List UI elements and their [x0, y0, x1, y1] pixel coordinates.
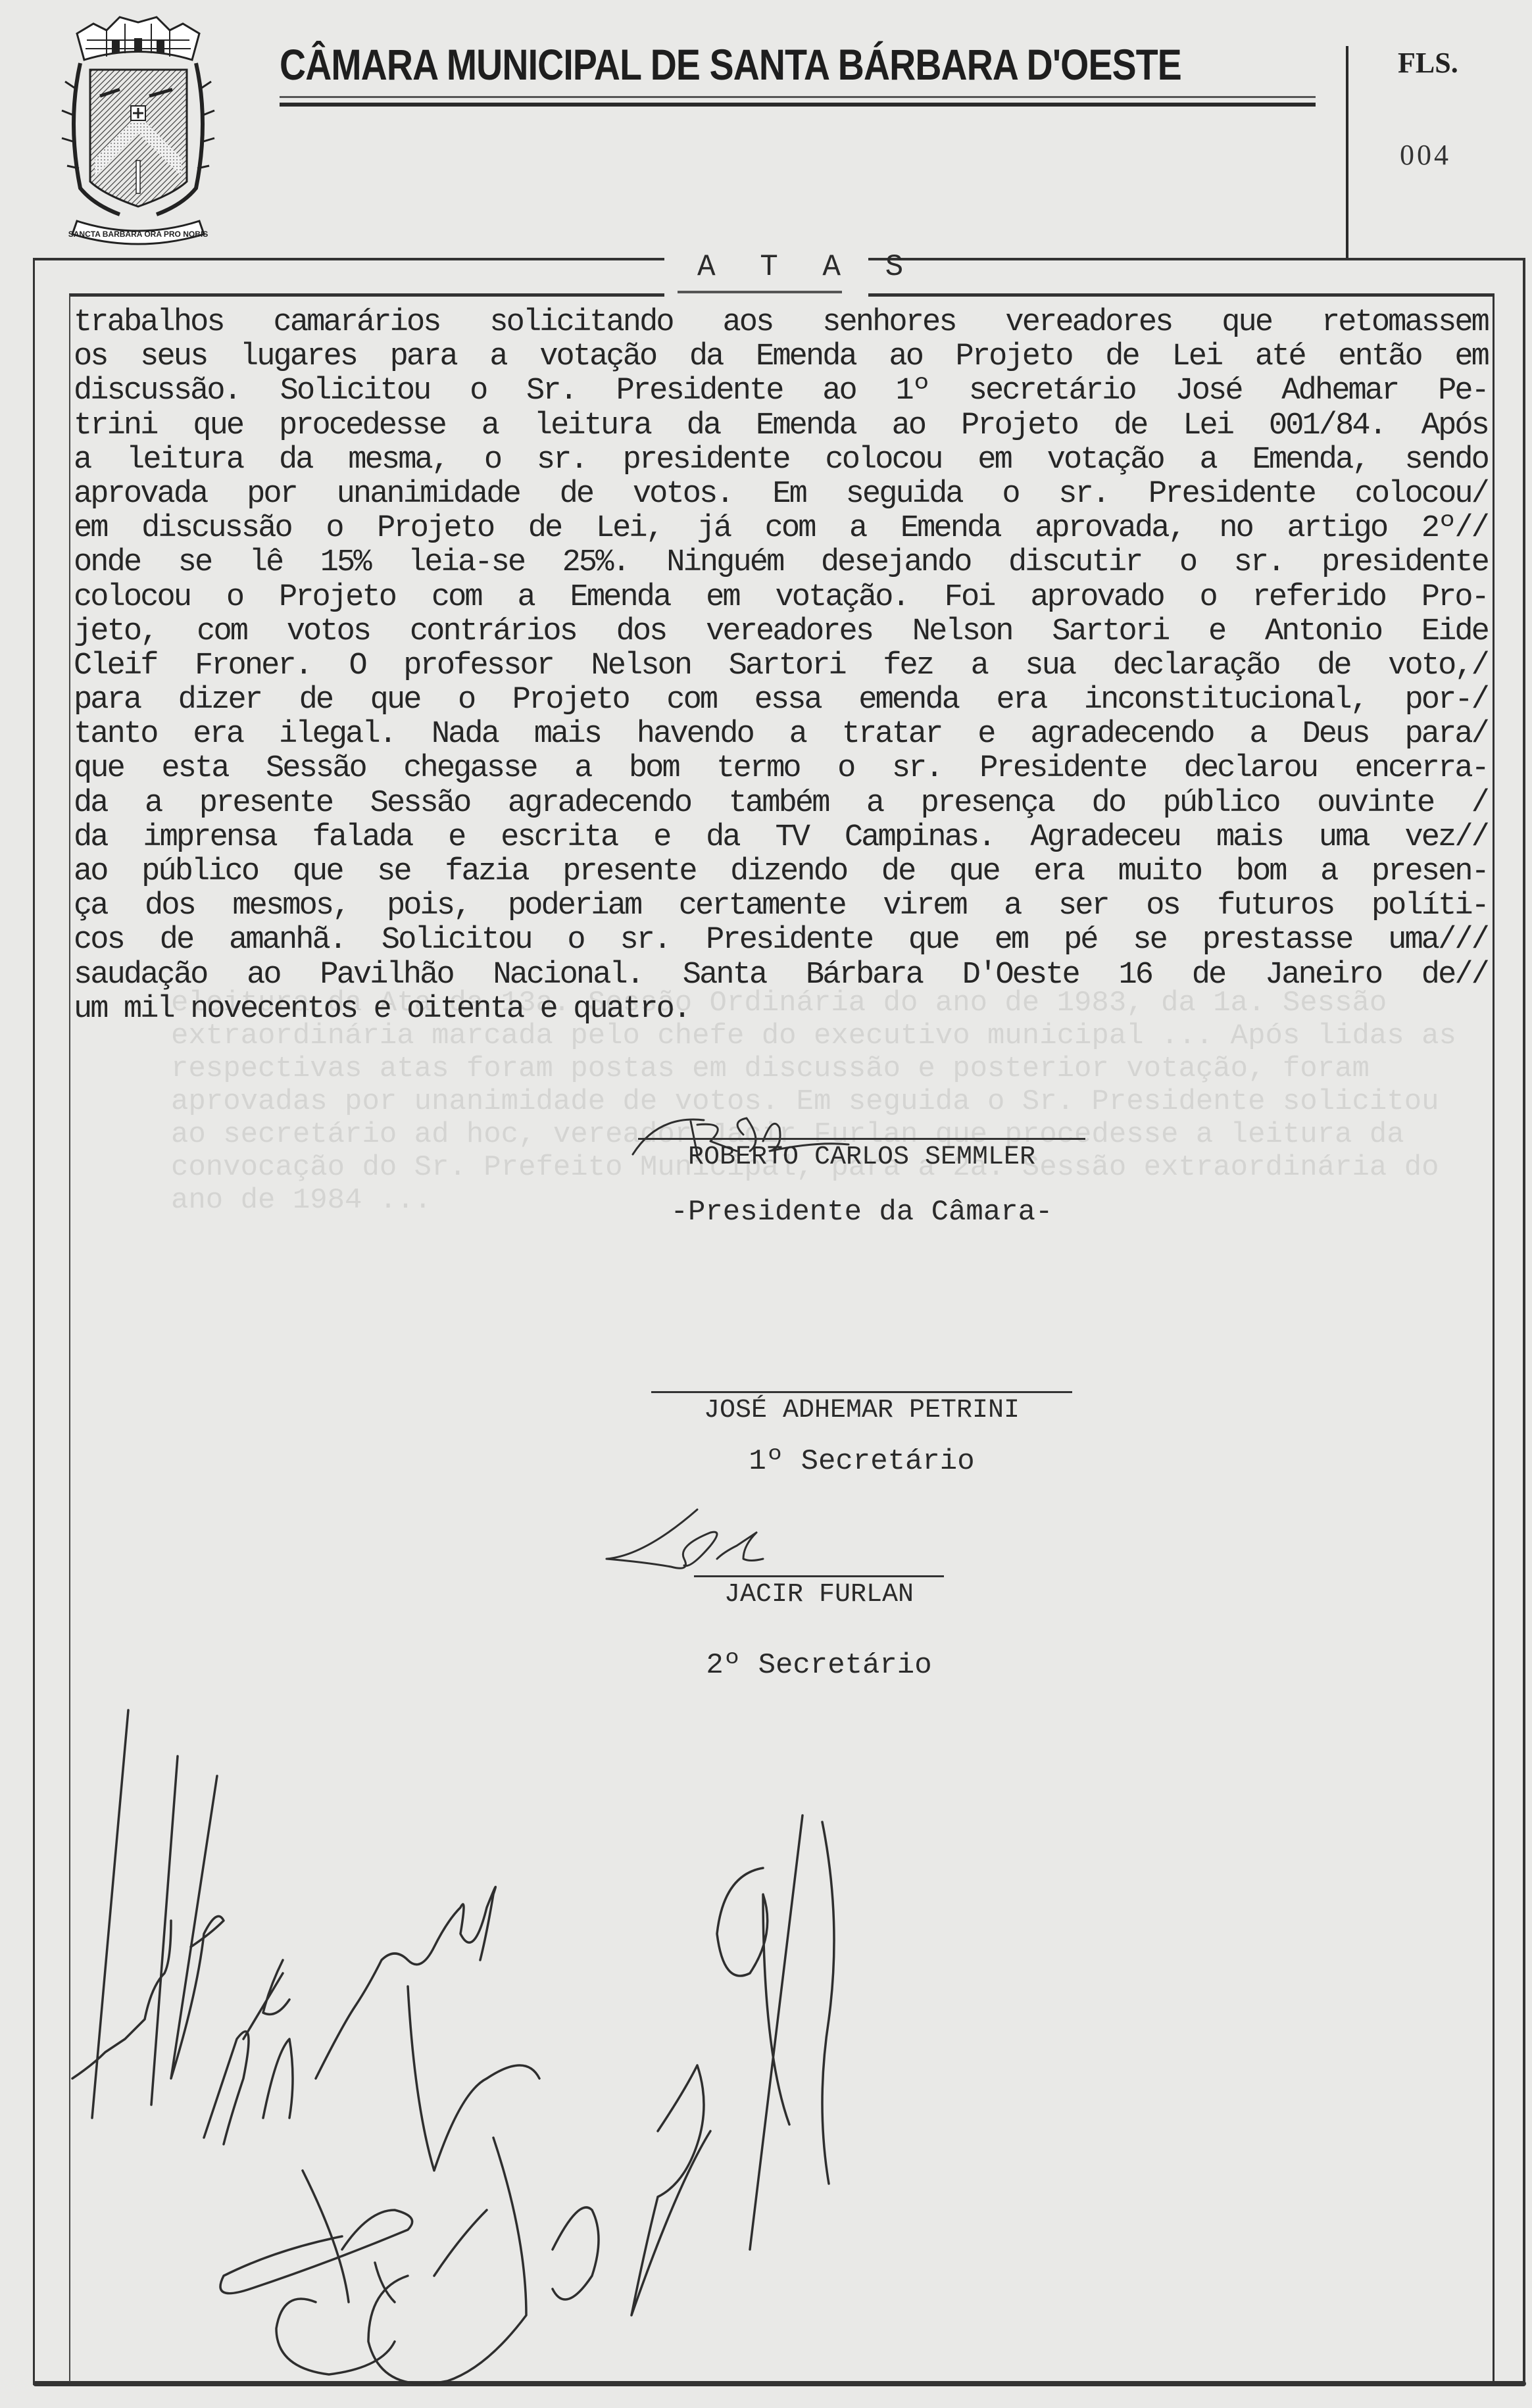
body-line: discussão. Solicitou o Sr. Presidente ao…: [74, 374, 1488, 408]
signature-line: [638, 1138, 1085, 1140]
body-line: em discussão o Projeto de Lei, já com a …: [74, 512, 1488, 546]
body-line: um mil novecentos e oitenta e quatro.: [74, 993, 1488, 1027]
municipal-crest-logo: SANCTA BARBARA ORA PRO NOBIS: [41, 4, 235, 247]
institution-title: CÂMARA MUNICIPAL DE SANTA BÁRBARA D'OEST…: [280, 39, 1181, 89]
signatory-role: -Presidente da Câmara-: [631, 1196, 1092, 1229]
body-line: da imprensa falada e escrita e da TV Cam…: [74, 821, 1488, 855]
councillor-signatures-icon: [66, 1710, 1447, 2394]
title-underline-thin: [280, 96, 1316, 98]
signature-line: [694, 1575, 944, 1577]
body-line: cos de amanhã. Solicitou o sr. President…: [74, 923, 1488, 958]
body-line: os seus lugares para a votação da Emenda…: [74, 340, 1488, 374]
title-underline-thick: [280, 103, 1316, 107]
signatory-name: ROBERTO CARLOS SEMMLER: [631, 1143, 1092, 1172]
body-line: a leitura da mesma, o sr. presidente col…: [74, 443, 1488, 478]
signature-jacir-icon: [605, 1506, 803, 1572]
signatory-name: JACIR FURLAN: [668, 1580, 970, 1609]
body-line: da a presente Sessão agradecendo também …: [74, 787, 1488, 821]
signature-block-second-secretary: JACIR FURLAN 2º Secretário: [668, 1575, 970, 1682]
signatory-name: JOSÉ ADHEMAR PETRINI: [631, 1396, 1092, 1425]
minutes-body-text: trabalhos camarários solicitando aos sen…: [74, 306, 1488, 1027]
signature-block-first-secretary: JOSÉ ADHEMAR PETRINI 1º Secretário: [631, 1391, 1092, 1478]
header-vertical-divider: [1346, 46, 1348, 258]
signatory-role: 1º Secretário: [631, 1445, 1092, 1478]
body-line: tanto era ilegal. Nada mais havendo a tr…: [74, 718, 1488, 752]
sheet-label: FLS.: [1398, 46, 1458, 80]
body-line: aprovada por unanimidade de votos. Em se…: [74, 478, 1488, 512]
body-line: para dizer de que o Projeto com essa eme…: [74, 683, 1488, 718]
section-title-underline: [678, 291, 842, 293]
body-line: trini que procedesse a leitura da Emenda…: [74, 409, 1488, 443]
signature-block-president: ROBERTO CARLOS SEMMLER -Presidente da Câ…: [631, 1138, 1092, 1229]
body-line: trabalhos camarários solicitando aos sen…: [74, 306, 1488, 340]
section-title: A T A S: [697, 250, 916, 284]
body-line: ao público que se fazia presente dizendo…: [74, 855, 1488, 889]
body-line: onde se lê 15% leia-se 25%. Ninguém dese…: [74, 546, 1488, 580]
svg-text:SANCTA BARBARA ORA PRO NOBIS: SANCTA BARBARA ORA PRO NOBIS: [68, 230, 208, 239]
body-line: colocou o Projeto com a Emenda em votaçã…: [74, 581, 1488, 615]
crest-icon: SANCTA BARBARA ORA PRO NOBIS: [41, 4, 235, 247]
body-line: ça dos mesmos, pois, poderiam certamente…: [74, 889, 1488, 923]
body-line: jeto, com votos contrários dos vereadore…: [74, 615, 1488, 649]
signature-line: [651, 1391, 1072, 1393]
body-line: saudação ao Pavilhão Nacional. Santa Bár…: [74, 958, 1488, 993]
body-line: Cleif Froner. O professor Nelson Sartori…: [74, 649, 1488, 683]
body-line: que esta Sessão chegasse a bom termo o s…: [74, 752, 1488, 786]
signatory-role: 2º Secretário: [668, 1649, 970, 1682]
sheet-number: 004: [1400, 138, 1451, 172]
